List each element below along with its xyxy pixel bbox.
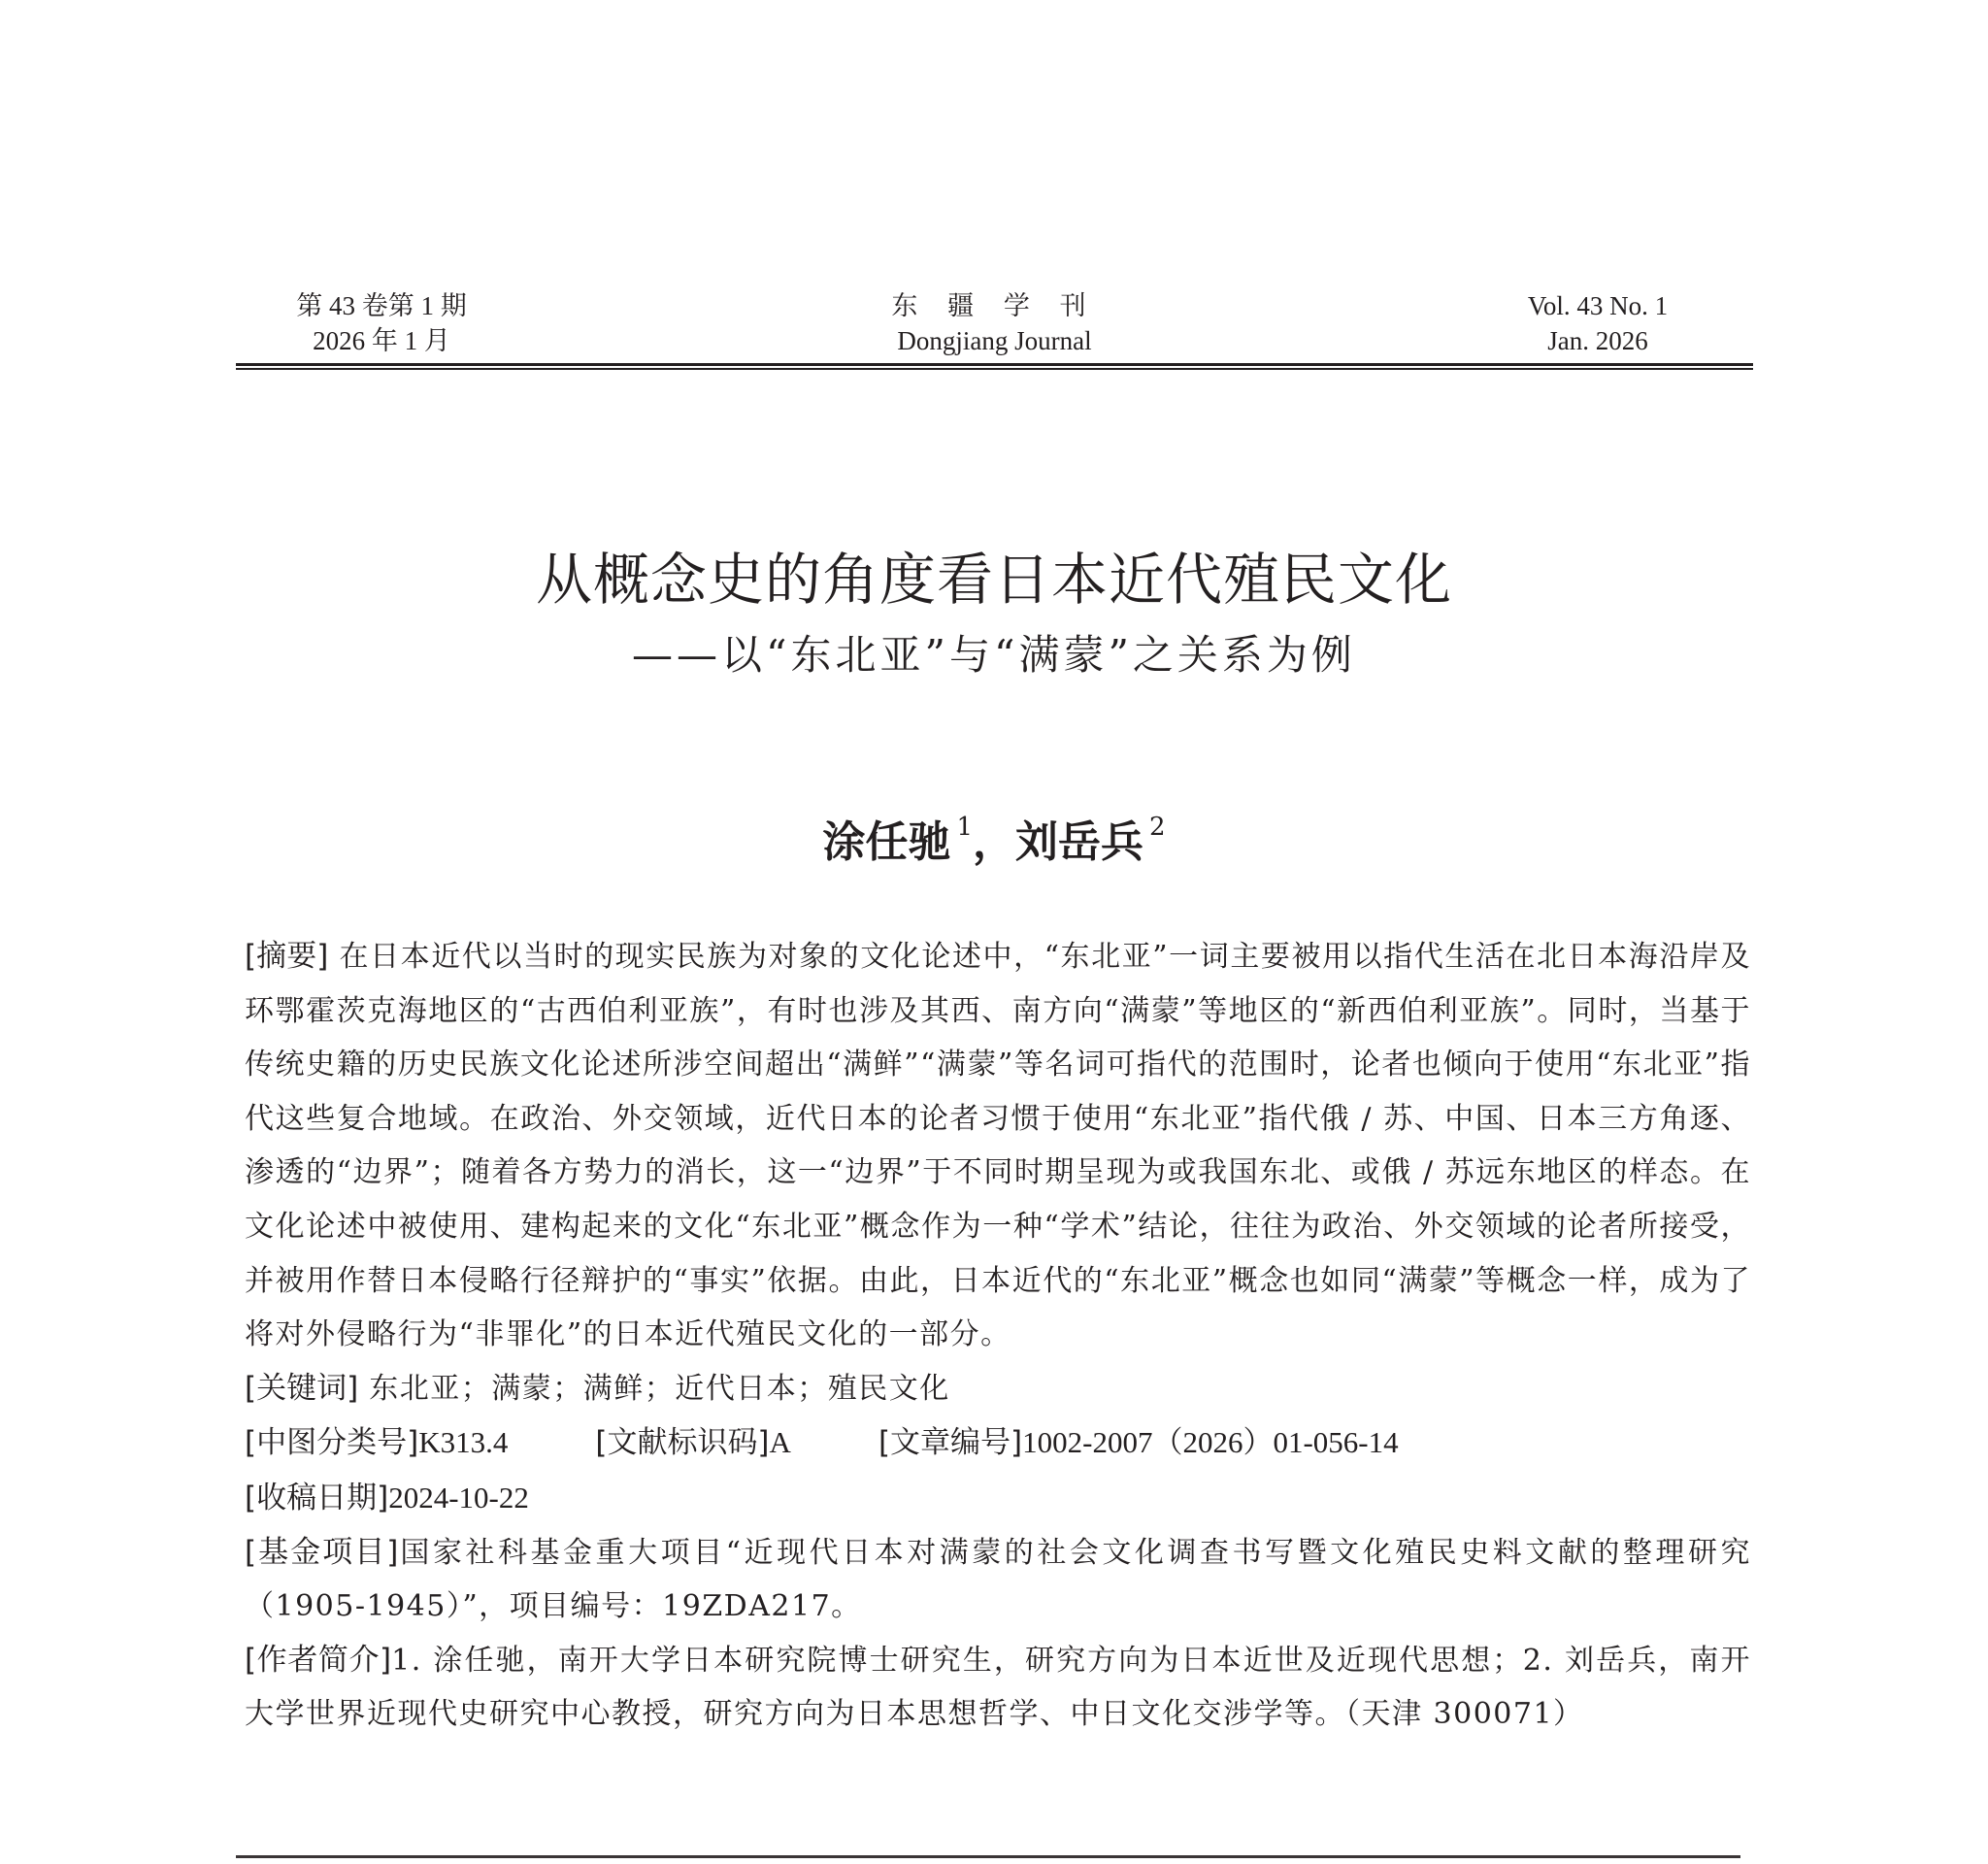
article-number: [文章编号]1002-2007（2026）01-056-14 <box>878 1415 1399 1471</box>
author-bio-label: [作者简介] <box>245 1643 391 1678</box>
clc-label: [中图分类号] <box>245 1425 418 1460</box>
received-value: 2024-10-22 <box>388 1481 529 1514</box>
header-vol-no: Vol. 43 No. 1 <box>1501 288 1695 323</box>
running-header: 第 43 卷第 1 期 2026 年 1 月 东 疆 学 刊 Dongjiang… <box>236 288 1753 356</box>
abstract-label: [摘要] <box>245 939 328 974</box>
keywords-label: [关键词] <box>245 1371 358 1406</box>
article-subtitle: ——以“东北亚”与“满蒙”之关系为例 <box>0 626 1988 684</box>
author-name: 涂任驰 <box>822 817 950 867</box>
author-affiliation-mark: 1 <box>956 813 973 842</box>
article-no-value: 1002-2007（2026）01-056-14 <box>1022 1425 1398 1459</box>
abstract: [摘要] 在日本近代以当时的现实民族为对象的文化论述中，“东北亚”一词主要被用以… <box>245 930 1751 1362</box>
rule-line-top <box>236 363 1753 366</box>
footer-rule <box>236 1855 1740 1858</box>
header-date-en: Jan. 2026 <box>1501 323 1695 358</box>
classification-row: [中图分类号]K313.4 [文献标识码]A [文章编号]1002-2007（2… <box>245 1415 1751 1471</box>
author-name: 刘岳兵 <box>1015 817 1143 867</box>
rule-line-bottom <box>236 368 1753 370</box>
article-front-matter: [摘要] 在日本近代以当时的现实民族为对象的文化论述中，“东北亚”一词主要被用以… <box>245 930 1751 1742</box>
header-double-rule <box>236 363 1753 370</box>
fund-project: [基金项目]国家社科基金重大项目“近现代日本对满蒙的社会文化调查书写暨文化殖民史… <box>245 1526 1751 1634</box>
author-separator: ， <box>973 817 1015 867</box>
document-code: [文献标识码]A <box>595 1415 791 1471</box>
clc-value: K313.4 <box>418 1425 508 1459</box>
author-bio-text: 1. 涂任驰，南开大学日本研究院博士研究生，研究方向为日本近世及近现代思想；2.… <box>245 1644 1751 1732</box>
keywords: [关键词] 东北亚；满蒙；满鲜；近代日本；殖民文化 <box>245 1362 1751 1416</box>
clc-number: [中图分类号]K313.4 <box>245 1415 508 1471</box>
author-bio: [作者简介]1. 涂任驰，南开大学日本研究院博士研究生，研究方向为日本近世及近现… <box>245 1634 1751 1742</box>
received-label: [收稿日期] <box>245 1481 388 1515</box>
doc-code-label: [文献标识码] <box>595 1425 769 1460</box>
received-date: [收稿日期]2024-10-22 <box>245 1471 1751 1526</box>
abstract-text: 在日本近代以当时的现实民族为对象的文化论述中，“东北亚”一词主要被用以指代生活在… <box>245 940 1751 1351</box>
header-volume-en: Vol. 43 No. 1 Jan. 2026 <box>1501 288 1695 358</box>
fund-label: [基金项目] <box>245 1535 398 1570</box>
author-line: 涂任驰1，刘岳兵2 <box>0 796 1988 874</box>
article-title: 从概念史的角度看日本近代殖民文化 <box>0 544 1988 616</box>
author-affiliation-mark: 2 <box>1149 813 1166 842</box>
article-no-label: [文章编号] <box>878 1425 1022 1460</box>
fund-text: 国家社科基金重大项目“近现代日本对满蒙的社会文化调查书写暨文化殖民史料文献的整理… <box>245 1536 1751 1624</box>
doc-code-value: A <box>770 1425 791 1459</box>
keywords-text: 东北亚；满蒙；满鲜；近代日本；殖民文化 <box>369 1372 950 1406</box>
